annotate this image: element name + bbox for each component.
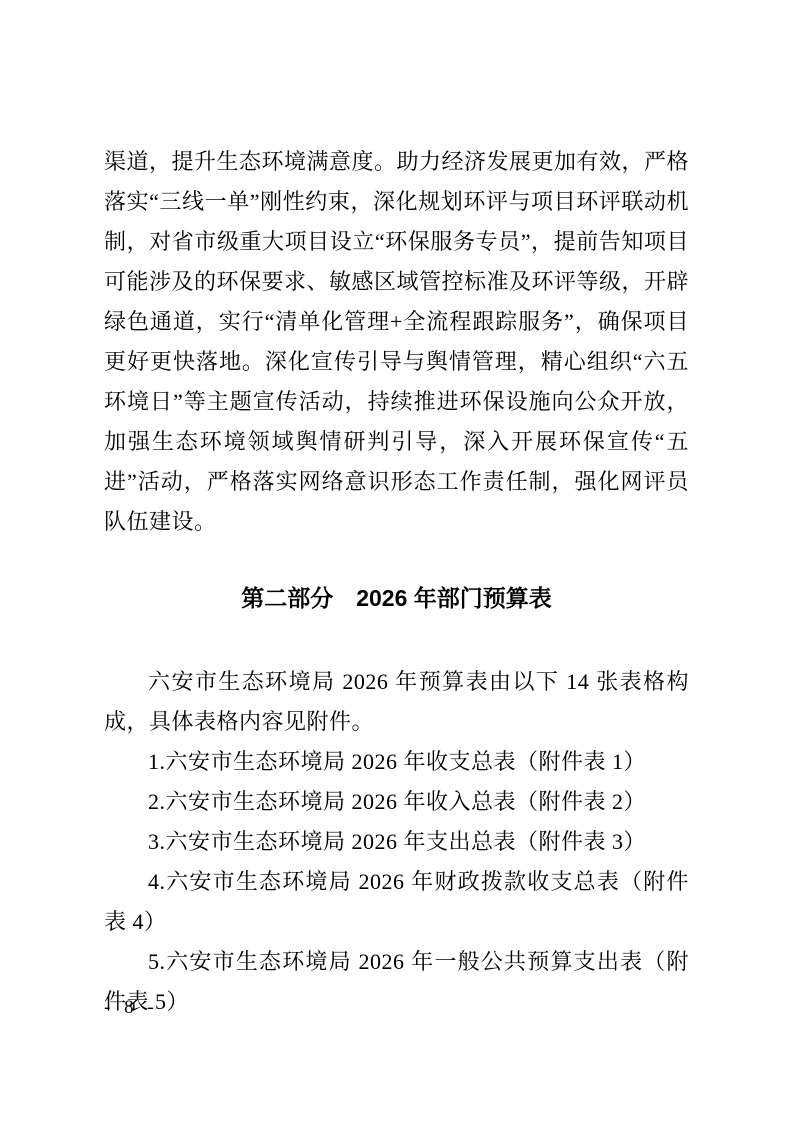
page-number: - 8 -: [104, 996, 155, 1020]
budget-tables-block: 六安市生态环境局 2026 年预算表由以下 14 张表格构成，具体表格内容见附件…: [104, 662, 689, 1022]
table-list-item-2: 2.六安市生态环境局 2026 年收入总表（附件表 2）: [104, 782, 689, 822]
table-list-item-5: 5.六安市生态环境局 2026 年一般公共预算支出表（附件表 5）: [104, 942, 689, 1022]
section-heading: 第二部分 2026 年部门预算表: [0, 578, 793, 618]
continuation-paragraph: 渠道，提升生态环境满意度。助力经济发展更加有效，严格落实“三线一单”刚性约束，深…: [104, 142, 689, 542]
table-list-item-4: 4.六安市生态环境局 2026 年财政拨款收支总表（附件表 4）: [104, 862, 689, 942]
intro-paragraph: 六安市生态环境局 2026 年预算表由以下 14 张表格构成，具体表格内容见附件…: [104, 662, 689, 742]
table-list-item-3: 3.六安市生态环境局 2026 年支出总表（附件表 3）: [104, 822, 689, 862]
table-list-item-1: 1.六安市生态环境局 2026 年收支总表（附件表 1）: [104, 742, 689, 782]
document-page: 渠道，提升生态环境满意度。助力经济发展更加有效，严格落实“三线一单”刚性约束，深…: [0, 0, 793, 1122]
